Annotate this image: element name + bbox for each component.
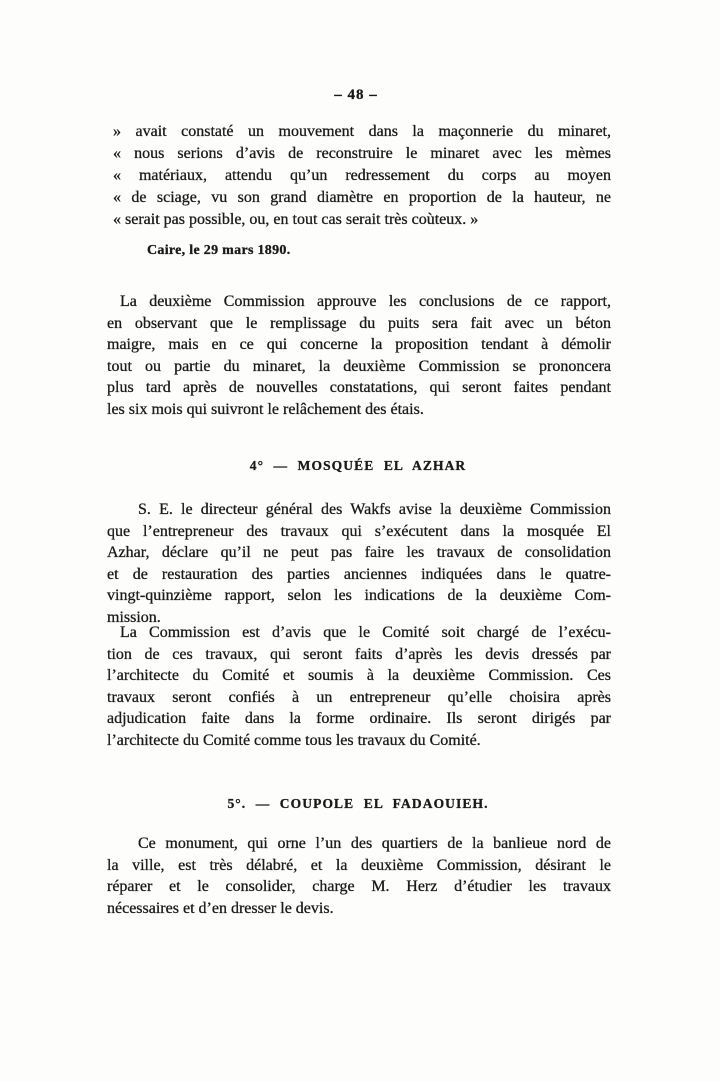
text-line: « de sciage, vu son grand diamètre en pr…: [113, 187, 611, 209]
text-line: Ce monument, qui orne l’un des quartiers…: [107, 833, 611, 855]
text-line: « matériaux, attendu qu’un redressement …: [113, 165, 611, 187]
text-line: » avait constaté un mouvement dans la ma…: [113, 121, 611, 143]
text-line: plus tard après de nouvelles constatatio…: [107, 377, 611, 399]
text-line: en observant que le remplissage du puits…: [107, 313, 611, 335]
document-page: – 48 – » avait constaté un mouvement dan…: [0, 0, 720, 1082]
text-line: l’architecte du Comité comme tous les tr…: [107, 730, 611, 752]
text-line: tout ou partie du minaret, la deuxième C…: [107, 356, 611, 378]
text-line: « nous serions d’avis de reconstruire le…: [113, 143, 611, 165]
text-line: vingt-quinzième rapport, selon les indic…: [107, 585, 611, 607]
text-line: et de restauration des parties anciennes…: [107, 564, 611, 586]
section-heading-mosquee-el-azhar: 4° — MOSQUÉE EL AZHAR: [0, 458, 716, 474]
text-line: tion de ces travaux, qui seront faits d’…: [107, 644, 611, 666]
text-line: que l’entrepreneur des travaux qui s’exé…: [107, 521, 611, 543]
text-line: réparer et le consolider, charge M. Herz…: [107, 876, 611, 898]
paragraph-comite-execution: La Commission est d’avis que le Comité s…: [107, 622, 611, 751]
page-number: – 48 –: [0, 87, 712, 104]
text-line: La deuxième Commission approuve les conc…: [107, 291, 611, 313]
text-line: La Commission est d’avis que le Comité s…: [107, 622, 611, 644]
section-heading-coupole-el-fadaouieh: 5°. — COUPOLE EL FADAOUIEH.: [0, 796, 716, 812]
paragraph-commission-approval: La deuxième Commission approuve les conc…: [107, 291, 611, 420]
text-line: maigre, mais en ce qui concerne la propo…: [107, 334, 611, 356]
text-line: « serait pas possible, ou, en tout cas s…: [113, 209, 611, 231]
paragraph-coupole-condition: Ce monument, qui orne l’un des quartiers…: [107, 833, 611, 919]
quoted-report-excerpt: » avait constaté un mouvement dans la ma…: [113, 121, 611, 231]
text-line: l’architecte du Comité et soumis à la de…: [107, 665, 611, 687]
paragraph-wakfs-notice: S. E. le directeur général des Wakfs avi…: [107, 499, 611, 628]
text-line: nécessaires et d’en dresser le devis.: [107, 898, 611, 920]
text-line: S. E. le directeur général des Wakfs avi…: [107, 499, 611, 521]
text-line: la ville, est très délabré, et la deuxiè…: [107, 855, 611, 877]
text-line: adjudication faite dans la forme ordinai…: [107, 708, 611, 730]
text-line: travaux seront confiés à un entrepreneur…: [107, 687, 611, 709]
dateline: Caire, le 29 mars 1890.: [147, 243, 291, 259]
text-line: les six mois qui suivront le relâchement…: [107, 399, 611, 421]
text-line: Azhar, déclare qu’il ne peut pas faire l…: [107, 542, 611, 564]
